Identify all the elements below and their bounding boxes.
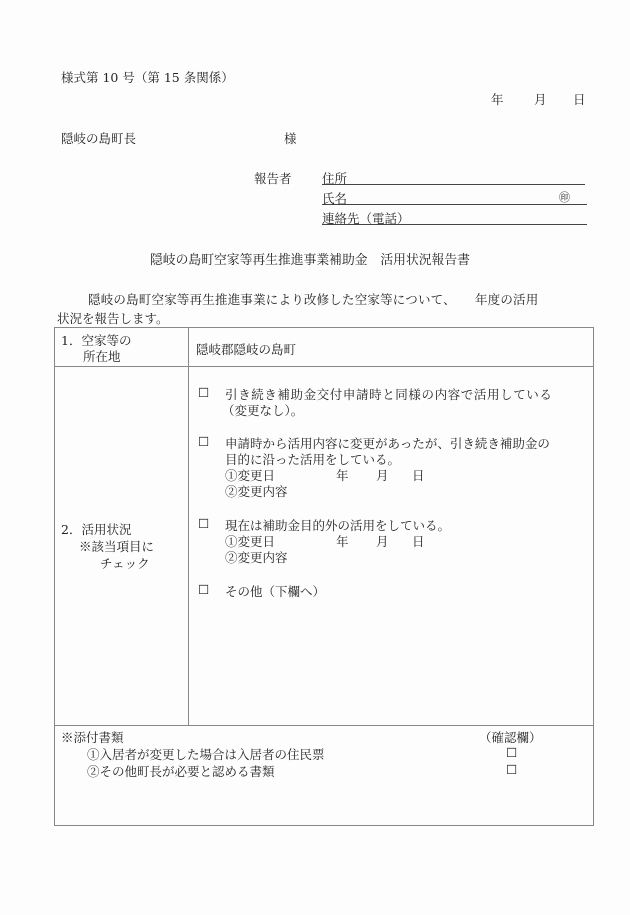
name-label: 氏名 <box>322 191 347 206</box>
form-number: 様式第 10 号（第 15 条関係） <box>61 68 234 86</box>
option-4-text: その他（下欄へ） <box>225 582 325 600</box>
attachment-item-2: ②その他町長が必要と認める書類 <box>87 762 275 780</box>
option-2-content-label: ②変更内容 <box>225 482 288 500</box>
intro-line-1: 隠岐の島町空家等再生推進事業により改修した空家等について、 年度の活用 <box>88 290 538 308</box>
usage-label-cell: 2．活用状況 ※該当項目に チェック <box>55 367 189 726</box>
name-field[interactable]: 氏名 ㊞ <box>322 189 587 205</box>
option-3-year: 年 <box>336 532 349 550</box>
option-3-content-label: ②変更内容 <box>225 548 288 566</box>
location-label-line-2: 所在地 <box>83 347 121 365</box>
option-2-month: 月 <box>376 466 389 484</box>
document-title: 隠岐の島町空家等再生推進事業補助金 活用状況報告書 <box>150 249 470 268</box>
option-3-checkbox[interactable]: ☐ <box>198 516 209 531</box>
date-day-label: 日 <box>573 90 586 108</box>
report-table: 1．空家等の 所在地 隠岐郡隠岐の島町 2．活用状況 ※該当項目に チェック ☐… <box>54 327 594 826</box>
attachment-item-1: ①入居者が変更した場合は入居者の住民票 <box>87 745 325 763</box>
attachments-heading: ※添付書類 <box>61 728 124 746</box>
usage-label-line-2: ※該当項目に <box>79 537 154 555</box>
location-value: 隠岐郡隠岐の島町 <box>196 340 296 358</box>
intro-line-2: 状況を報告します。 <box>57 309 169 327</box>
usage-options-cell: ☐ 引き続き補助金交付申請時と同様の内容で活用している （変更なし）。 ☐ 申請… <box>189 367 594 726</box>
option-3-day: 日 <box>412 532 425 550</box>
addressee-honorific: 様 <box>284 129 297 147</box>
reporter-label: 報告者 <box>254 169 292 187</box>
address-field[interactable]: 住所 <box>322 169 585 185</box>
attachments-cell: ※添付書類 （確認欄） ①入居者が変更した場合は入居者の住民票 ☐ ②その他町長… <box>55 726 594 826</box>
attachment-2-checkbox[interactable]: ☐ <box>506 762 517 777</box>
usage-label-line-3: チェック <box>100 554 150 572</box>
seal-icon: ㊞ <box>559 189 570 205</box>
option-2-year: 年 <box>336 466 349 484</box>
location-value-cell[interactable]: 隠岐郡隠岐の島町 <box>189 328 594 367</box>
contact-field[interactable]: 連絡先（電話） <box>322 209 587 225</box>
option-1-checkbox[interactable]: ☐ <box>198 385 209 400</box>
usage-label-line-1: 2．活用状況 <box>61 520 131 538</box>
location-label-cell: 1．空家等の 所在地 <box>55 328 189 367</box>
contact-label: 連絡先（電話） <box>322 211 410 226</box>
option-2-day: 日 <box>412 466 425 484</box>
date-year-label: 年 <box>491 90 504 108</box>
usage-status-row: 2．活用状況 ※該当項目に チェック ☐ 引き続き補助金交付申請時と同様の内容で… <box>55 367 594 726</box>
option-1-text-2: （変更なし）。 <box>222 401 303 419</box>
location-row: 1．空家等の 所在地 隠岐郡隠岐の島町 <box>55 328 594 367</box>
attachments-row: ※添付書類 （確認欄） ①入居者が変更した場合は入居者の住民票 ☐ ②その他町長… <box>55 726 594 826</box>
addressee: 隠岐の島町長 <box>61 129 136 147</box>
date-month-label: 月 <box>534 90 547 108</box>
option-2-checkbox[interactable]: ☐ <box>198 434 209 449</box>
address-label: 住所 <box>322 171 347 186</box>
attachment-1-checkbox[interactable]: ☐ <box>506 745 517 760</box>
option-3-month: 月 <box>376 532 389 550</box>
confirm-heading: （確認欄） <box>479 728 542 746</box>
option-4-checkbox[interactable]: ☐ <box>198 582 209 597</box>
